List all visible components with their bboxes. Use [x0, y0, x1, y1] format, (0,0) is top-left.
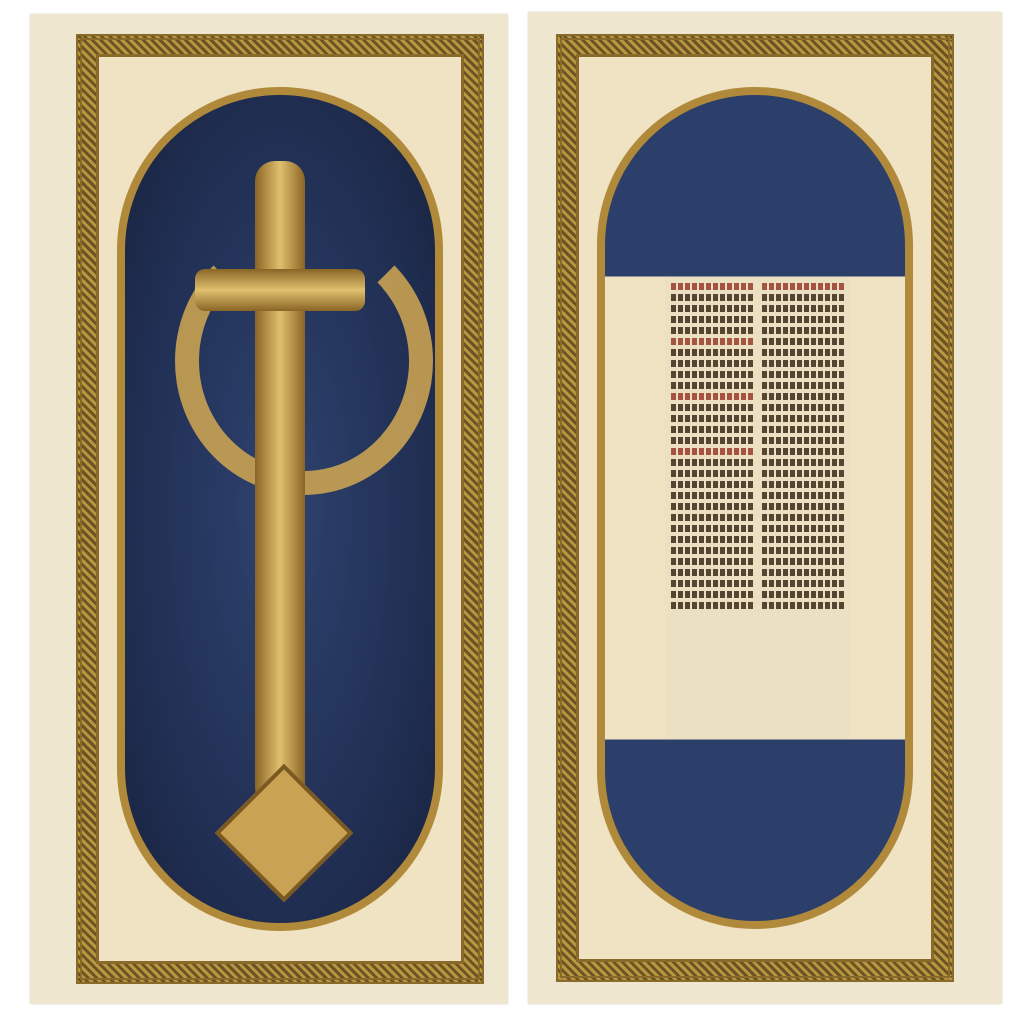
cross-shaft: [255, 161, 305, 807]
cross-arm: [195, 269, 365, 311]
text-column-right: [762, 283, 845, 734]
oval-medallion: [117, 87, 443, 931]
inner-field: [576, 54, 934, 962]
left-manuscript-panel: [30, 14, 508, 1004]
gilded-border: [556, 34, 954, 982]
text-block: [665, 277, 851, 740]
right-manuscript-panel: [528, 12, 1002, 1004]
diamond-finial: [215, 763, 354, 902]
arched-frame: [597, 87, 913, 929]
gilded-border: [76, 34, 484, 984]
text-column-left: [671, 283, 754, 734]
inner-field: [96, 54, 464, 964]
